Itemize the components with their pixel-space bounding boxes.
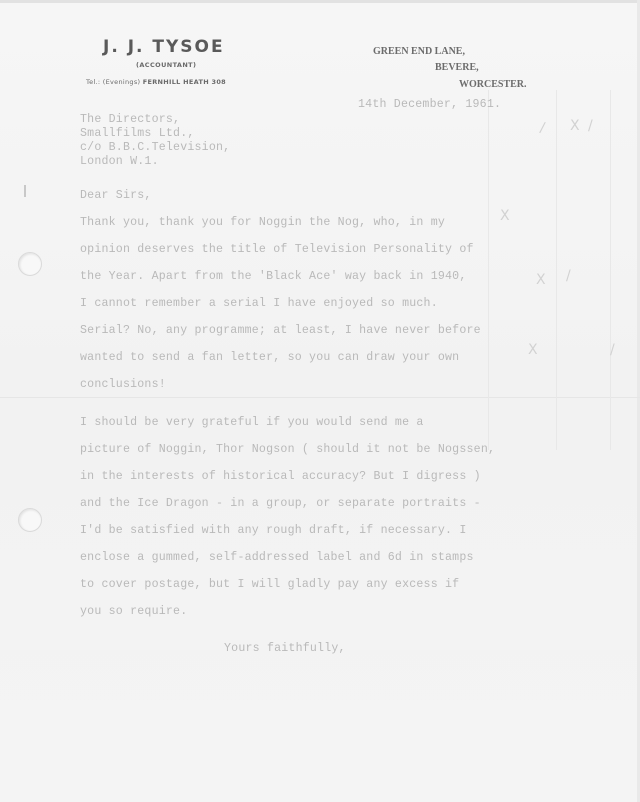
letterhead-telephone: Tel.: (Evenings) FERNHILL HEATH 308 [86, 78, 226, 86]
crease-line [556, 90, 557, 450]
page-top-edge [0, 0, 640, 3]
body-line: and the Ice Dragon - in a group, or sepa… [80, 497, 481, 510]
crease-line [610, 90, 611, 450]
body-line: the Year. Apart from the 'Black Ace' way… [80, 270, 467, 283]
punch-hole-bottom [18, 508, 42, 532]
body-line: Thank you, thank you for Noggin the Nog,… [80, 216, 445, 229]
pencil-mark: / [588, 118, 593, 134]
body-line: opinion deserves the title of Television… [80, 243, 474, 256]
salutation: Dear Sirs, [80, 189, 152, 202]
pencil-mark: X [528, 342, 538, 358]
tel-label: Tel.: (Evenings) [86, 78, 140, 86]
recipient-line: London W.1. [80, 155, 159, 168]
letter-page: J. J. TYSOE (ACCOUNTANT) Tel.: (Evenings… [0, 0, 640, 802]
letter-date: 14th December, 1961. [358, 98, 501, 111]
address-line-2: BEVERE, [435, 62, 479, 73]
body-line: you so require. [80, 605, 187, 618]
crease-line [488, 90, 489, 450]
pencil-mark: X [570, 118, 580, 134]
body-line: picture of Noggin, Thor Nogson ( should … [80, 443, 495, 456]
recipient-line: c/o B.B.C.Television, [80, 141, 230, 154]
body-line: in the interests of historical accuracy?… [80, 470, 481, 483]
tel-number: FERNHILL HEATH 308 [143, 78, 226, 86]
body-line: conclusions! [80, 378, 166, 391]
recipient-line: Smallfilms Ltd., [80, 127, 195, 140]
body-line: I cannot remember a serial I have enjoye… [80, 297, 438, 310]
address-line-3: WORCESTER. [459, 79, 527, 90]
fold-line [0, 397, 640, 398]
body-line: I'd be satisfied with any rough draft, i… [80, 524, 467, 537]
address-line-1: GREEN END LANE, [373, 46, 465, 57]
pencil-mark: X [536, 272, 546, 288]
letterhead-name: J. J. TYSOE [103, 37, 225, 57]
body-line: to cover postage, but I will gladly pay … [80, 578, 459, 591]
pencil-mark: / [566, 268, 571, 284]
body-line: enclose a gummed, self-addressed label a… [80, 551, 474, 564]
closing: Yours faithfully, [224, 642, 346, 655]
pencil-mark: / [610, 342, 615, 358]
recipient-line: The Directors, [80, 113, 180, 126]
pencil-mark: / [539, 120, 546, 137]
letterhead-role: (ACCOUNTANT) [136, 61, 196, 69]
margin-mark [24, 185, 26, 197]
body-line: I should be very grateful if you would s… [80, 416, 424, 429]
punch-hole-top [18, 252, 42, 276]
body-line: Serial? No, any programme; at least, I h… [80, 324, 481, 337]
pencil-mark: X [500, 208, 510, 224]
body-line: wanted to send a fan letter, so you can … [80, 351, 459, 364]
